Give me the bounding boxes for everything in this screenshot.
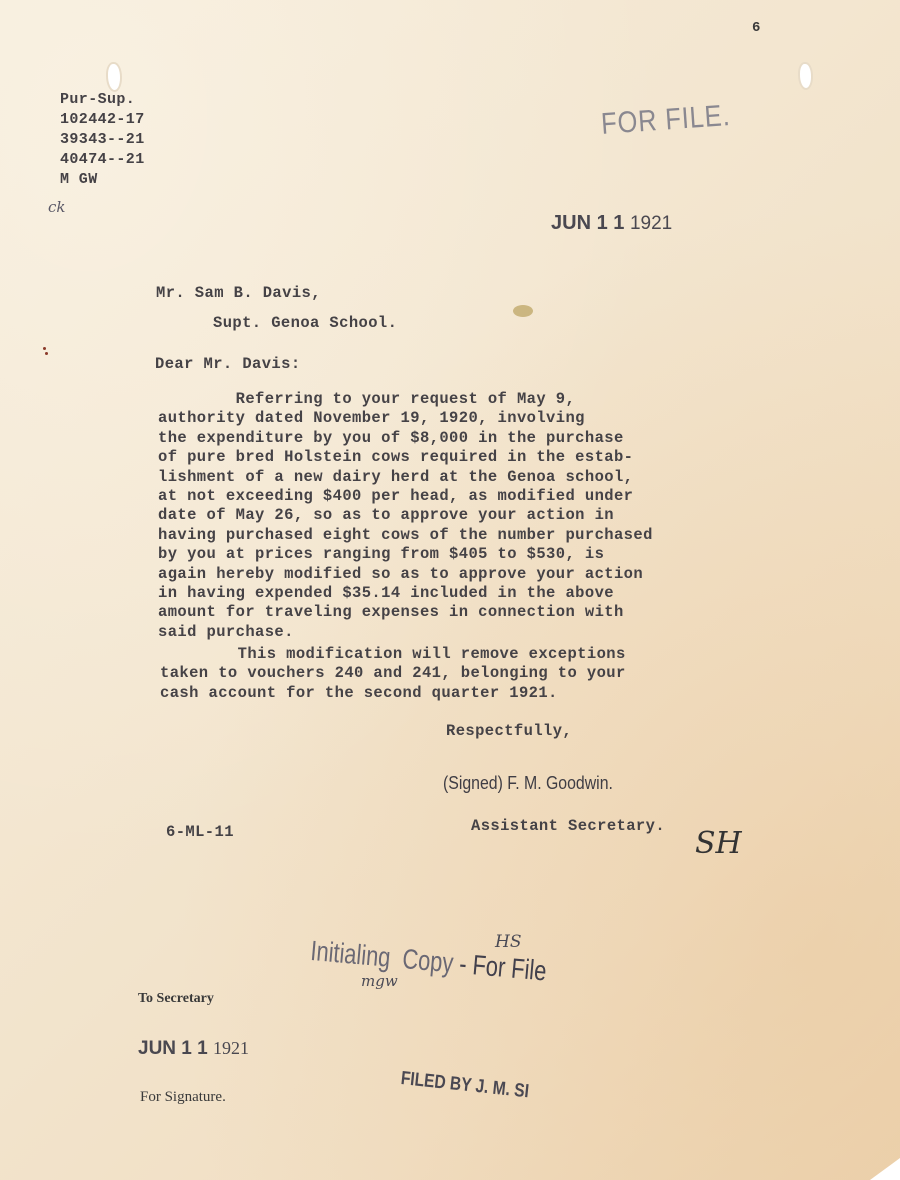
stamp-text: - For File bbox=[458, 948, 548, 986]
ref-line: 102442-17 bbox=[60, 110, 145, 130]
ref-line: M GW bbox=[60, 170, 145, 190]
text-line: of pure bred Holstein cows required in t… bbox=[158, 448, 653, 467]
text-line: amount for traveling expenses in connect… bbox=[158, 603, 653, 622]
date-stamp-bottom: JUN 1 1 1921 bbox=[138, 1038, 249, 1060]
filed-by-stamp: FILED BY J. M. SI bbox=[400, 1068, 530, 1103]
letter-paragraph-1: Referring to your request of May 9,autho… bbox=[158, 390, 653, 642]
ink-speck bbox=[45, 352, 48, 355]
closing: Respectfully, bbox=[446, 722, 572, 740]
text-line: having purchased eight cows of the numbe… bbox=[158, 526, 653, 545]
salutation: Dear Mr. Davis: bbox=[155, 355, 301, 373]
handwritten-hs: HS bbox=[495, 932, 521, 952]
addressee-title: Supt. Genoa School. bbox=[213, 314, 397, 332]
page-number: 6 bbox=[752, 20, 761, 36]
text-line: This modification will remove exceptions bbox=[160, 645, 626, 664]
text-line: at not exceeding $400 per head, as modif… bbox=[158, 487, 653, 506]
ref-line: Pur-Sup. bbox=[60, 90, 145, 110]
handwritten-initials: SH bbox=[695, 826, 742, 861]
text-line: the expenditure by you of $8,000 in the … bbox=[158, 429, 653, 448]
text-line: authority dated November 19, 1920, invol… bbox=[158, 409, 653, 428]
text-line: by you at prices ranging from $405 to $5… bbox=[158, 545, 653, 564]
date-stamp-year: 1921 bbox=[213, 1038, 249, 1058]
punch-hole-right bbox=[800, 64, 811, 88]
ref-line: 39343--21 bbox=[60, 130, 145, 150]
text-line: Referring to your request of May 9, bbox=[158, 390, 653, 409]
punch-hole-left bbox=[108, 64, 120, 90]
file-code: 6-ML-11 bbox=[166, 823, 234, 841]
ink-speck bbox=[43, 347, 46, 350]
text-line: lishment of a new dairy herd at the Geno… bbox=[158, 468, 653, 487]
date-stamp-top: JUN 1 1 1921 bbox=[551, 212, 672, 235]
ref-line: 40474--21 bbox=[60, 150, 145, 170]
addressee-name: Mr. Sam B. Davis, bbox=[156, 284, 321, 302]
text-line: taken to vouchers 240 and 241, belonging… bbox=[160, 664, 626, 683]
date-stamp-year: 1921 bbox=[630, 213, 672, 234]
text-line: again hereby modified so as to approve y… bbox=[158, 565, 653, 584]
stamp-text: Initialing bbox=[309, 935, 392, 973]
signer-title: Assistant Secretary. bbox=[471, 817, 665, 835]
text-line: in having expended $35.14 included in th… bbox=[158, 584, 653, 603]
handwritten-check-mark: ck bbox=[48, 198, 66, 216]
text-line: cash account for the second quarter 1921… bbox=[160, 684, 626, 703]
stamp-text: Copy bbox=[401, 943, 455, 978]
routing-to: To Secretary bbox=[138, 991, 214, 1007]
handwritten-mgw: mgw bbox=[361, 972, 398, 990]
text-line: date of May 26, so as to approve your ac… bbox=[158, 506, 653, 525]
text-line: said purchase. bbox=[158, 623, 653, 642]
date-stamp-month-day: JUN 1 1 bbox=[551, 212, 624, 234]
date-stamp-month-day: JUN 1 1 bbox=[138, 1038, 208, 1059]
paper-stain bbox=[513, 305, 533, 317]
signature-line: (Signed) F. M. Goodwin. bbox=[443, 773, 613, 794]
routing-purpose: For Signature. bbox=[140, 1089, 226, 1106]
letter-paragraph-2: This modification will remove exceptions… bbox=[160, 645, 626, 703]
for-file-stamp: FOR FILE. bbox=[600, 99, 732, 142]
folded-corner bbox=[870, 1158, 900, 1180]
reference-block: Pur-Sup.102442-1739343--2140474--21M GW bbox=[60, 90, 145, 190]
